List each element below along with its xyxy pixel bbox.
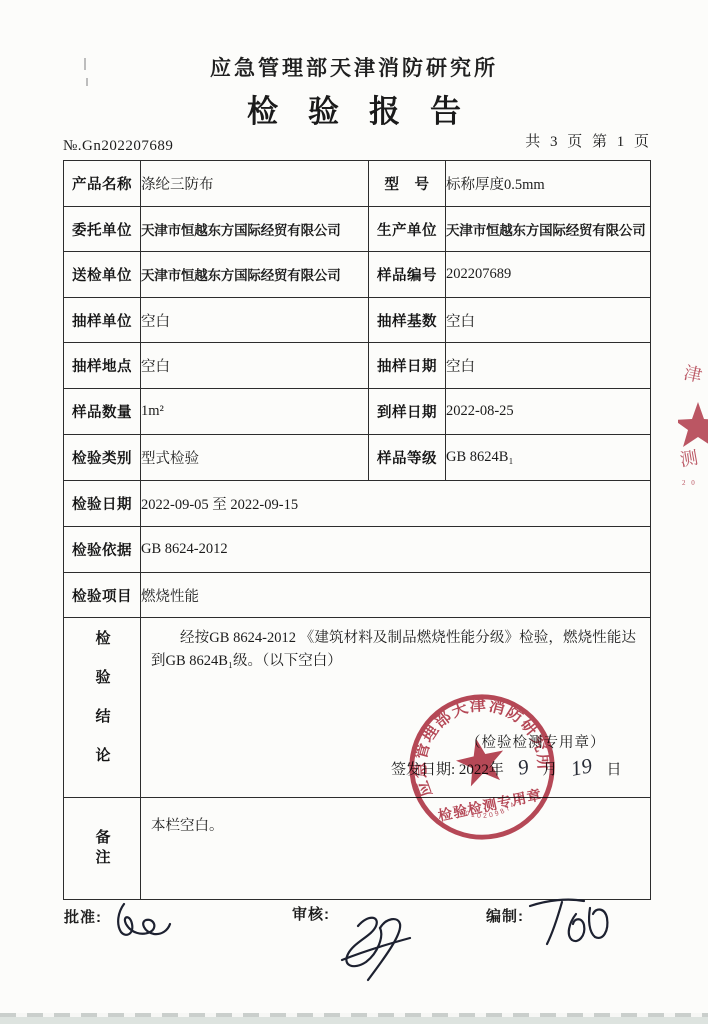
field-value: GB 8624-2012 (141, 527, 651, 573)
table-row: 产品名称 涤纶三防布 型 号 标称厚度0.5mm (64, 161, 651, 207)
table-row: 抽样单位 空白 抽样基数 空白 (64, 298, 651, 343)
approve-signature (104, 894, 178, 948)
edge-stamp-char-bottom: 测 (678, 447, 699, 470)
remark-value: 本栏空白。 (141, 798, 651, 900)
edge-stamp-star-icon (678, 402, 708, 447)
field-value: 空白 (141, 298, 369, 343)
field-value: 型式检验 (141, 435, 369, 481)
field-label: 抽样单位 (64, 298, 141, 343)
table-row: 检验项目 燃烧性能 (64, 573, 651, 618)
table-row: 检验依据 GB 8624-2012 (64, 527, 651, 573)
report-number: №.Gn202207689 (63, 138, 173, 155)
field-label: 生产单位 (369, 207, 446, 252)
field-label: 抽样地点 (64, 343, 141, 389)
edge-stamp-char-top: 津 (682, 363, 704, 386)
prepare-label: 编制: (486, 905, 524, 926)
official-round-stamp-icon: 应急管理部天津消防研究所 检验检测专用章 1201020987458 (389, 674, 574, 859)
table-row: 送检单位 天津市恒越东方国际经贸有限公司 样品编号 202207689 (64, 252, 651, 298)
institute-name: 应急管理部天津消防研究所 (0, 52, 708, 82)
field-value: 天津市恒越东方国际经贸有限公司 (446, 207, 651, 252)
field-label: 委托单位 (64, 207, 141, 252)
table-row: 检验日期 2022-09-05 至 2022-09-15 (64, 481, 651, 527)
field-value: 标称厚度0.5mm (446, 161, 651, 207)
stamp-star-icon (452, 733, 509, 788)
field-value: 2022-09-05 至 2022-09-15 (141, 481, 651, 527)
handwritten-day: 19 (569, 753, 594, 782)
prepare-signature (522, 890, 614, 956)
field-value: 涤纶三防布 (141, 161, 369, 207)
field-value: 燃烧性能 (141, 573, 651, 618)
field-value: 空白 (446, 343, 651, 389)
field-value: 空白 (446, 298, 651, 343)
field-value: 天津市恒越东方国际经贸有限公司 (141, 252, 369, 298)
field-label: 抽样日期 (369, 343, 446, 389)
field-label: 抽样基数 (369, 298, 446, 343)
table-row: 检验类别 型式检验 样品等级 GB 8624B₁ (64, 435, 651, 481)
field-label: 产品名称 (64, 161, 141, 207)
field-value: GB 8624B₁ (446, 435, 651, 481)
field-label: 送检单位 (64, 252, 141, 298)
field-label: 样品等级 (369, 435, 446, 481)
field-label: 检验类别 (64, 435, 141, 481)
field-value: 天津市恒越东方国际经贸有限公司 (141, 207, 369, 252)
field-value: 空白 (141, 343, 369, 389)
table-row: 委托单位 天津市恒越东方国际经贸有限公司 生产单位 天津市恒越东方国际经贸有限公… (64, 207, 651, 252)
conclusion-label: 检验结论 (64, 618, 141, 798)
field-value: 2022-08-25 (446, 389, 651, 435)
table-row: 样品数量 1m² 到样日期 2022-08-25 (64, 389, 651, 435)
field-label: 检验项目 (64, 573, 141, 618)
edge-stamp-digits: 2 0 (682, 479, 697, 487)
report-title: 检验报告 (0, 86, 708, 131)
field-label: 样品编号 (369, 252, 446, 298)
remark-label: 备注 (64, 798, 141, 900)
inspection-report-page: 应急管理部天津消防研究所 检验报告 №.Gn202207689 共 3 页 第 … (0, 0, 708, 1024)
field-value: 1m² (141, 389, 369, 435)
review-signature (324, 906, 424, 988)
page-count: 共 3 页 第 1 页 (525, 130, 652, 151)
field-label: 检验依据 (64, 527, 141, 573)
field-label: 到样日期 (369, 389, 446, 435)
scan-artifact-dash (86, 78, 88, 86)
field-value: 202207689 (446, 252, 651, 298)
scan-artifact-band (0, 1017, 708, 1024)
scan-artifact-dash (84, 58, 86, 70)
page-edge-stamp-icon: 津 测 2 0 (678, 350, 708, 495)
field-label: 检验日期 (64, 481, 141, 527)
field-label: 样品数量 (64, 389, 141, 435)
field-label: 型 号 (369, 161, 446, 207)
day-unit: 日 (606, 762, 621, 778)
table-row: 抽样地点 空白 抽样日期 空白 (64, 343, 651, 389)
approve-label: 批准: (64, 906, 102, 927)
conclusion-text: 经按GB 8624-2012 《建筑材料及制品燃烧性能分级》检验，燃烧性能达到G… (141, 618, 650, 673)
